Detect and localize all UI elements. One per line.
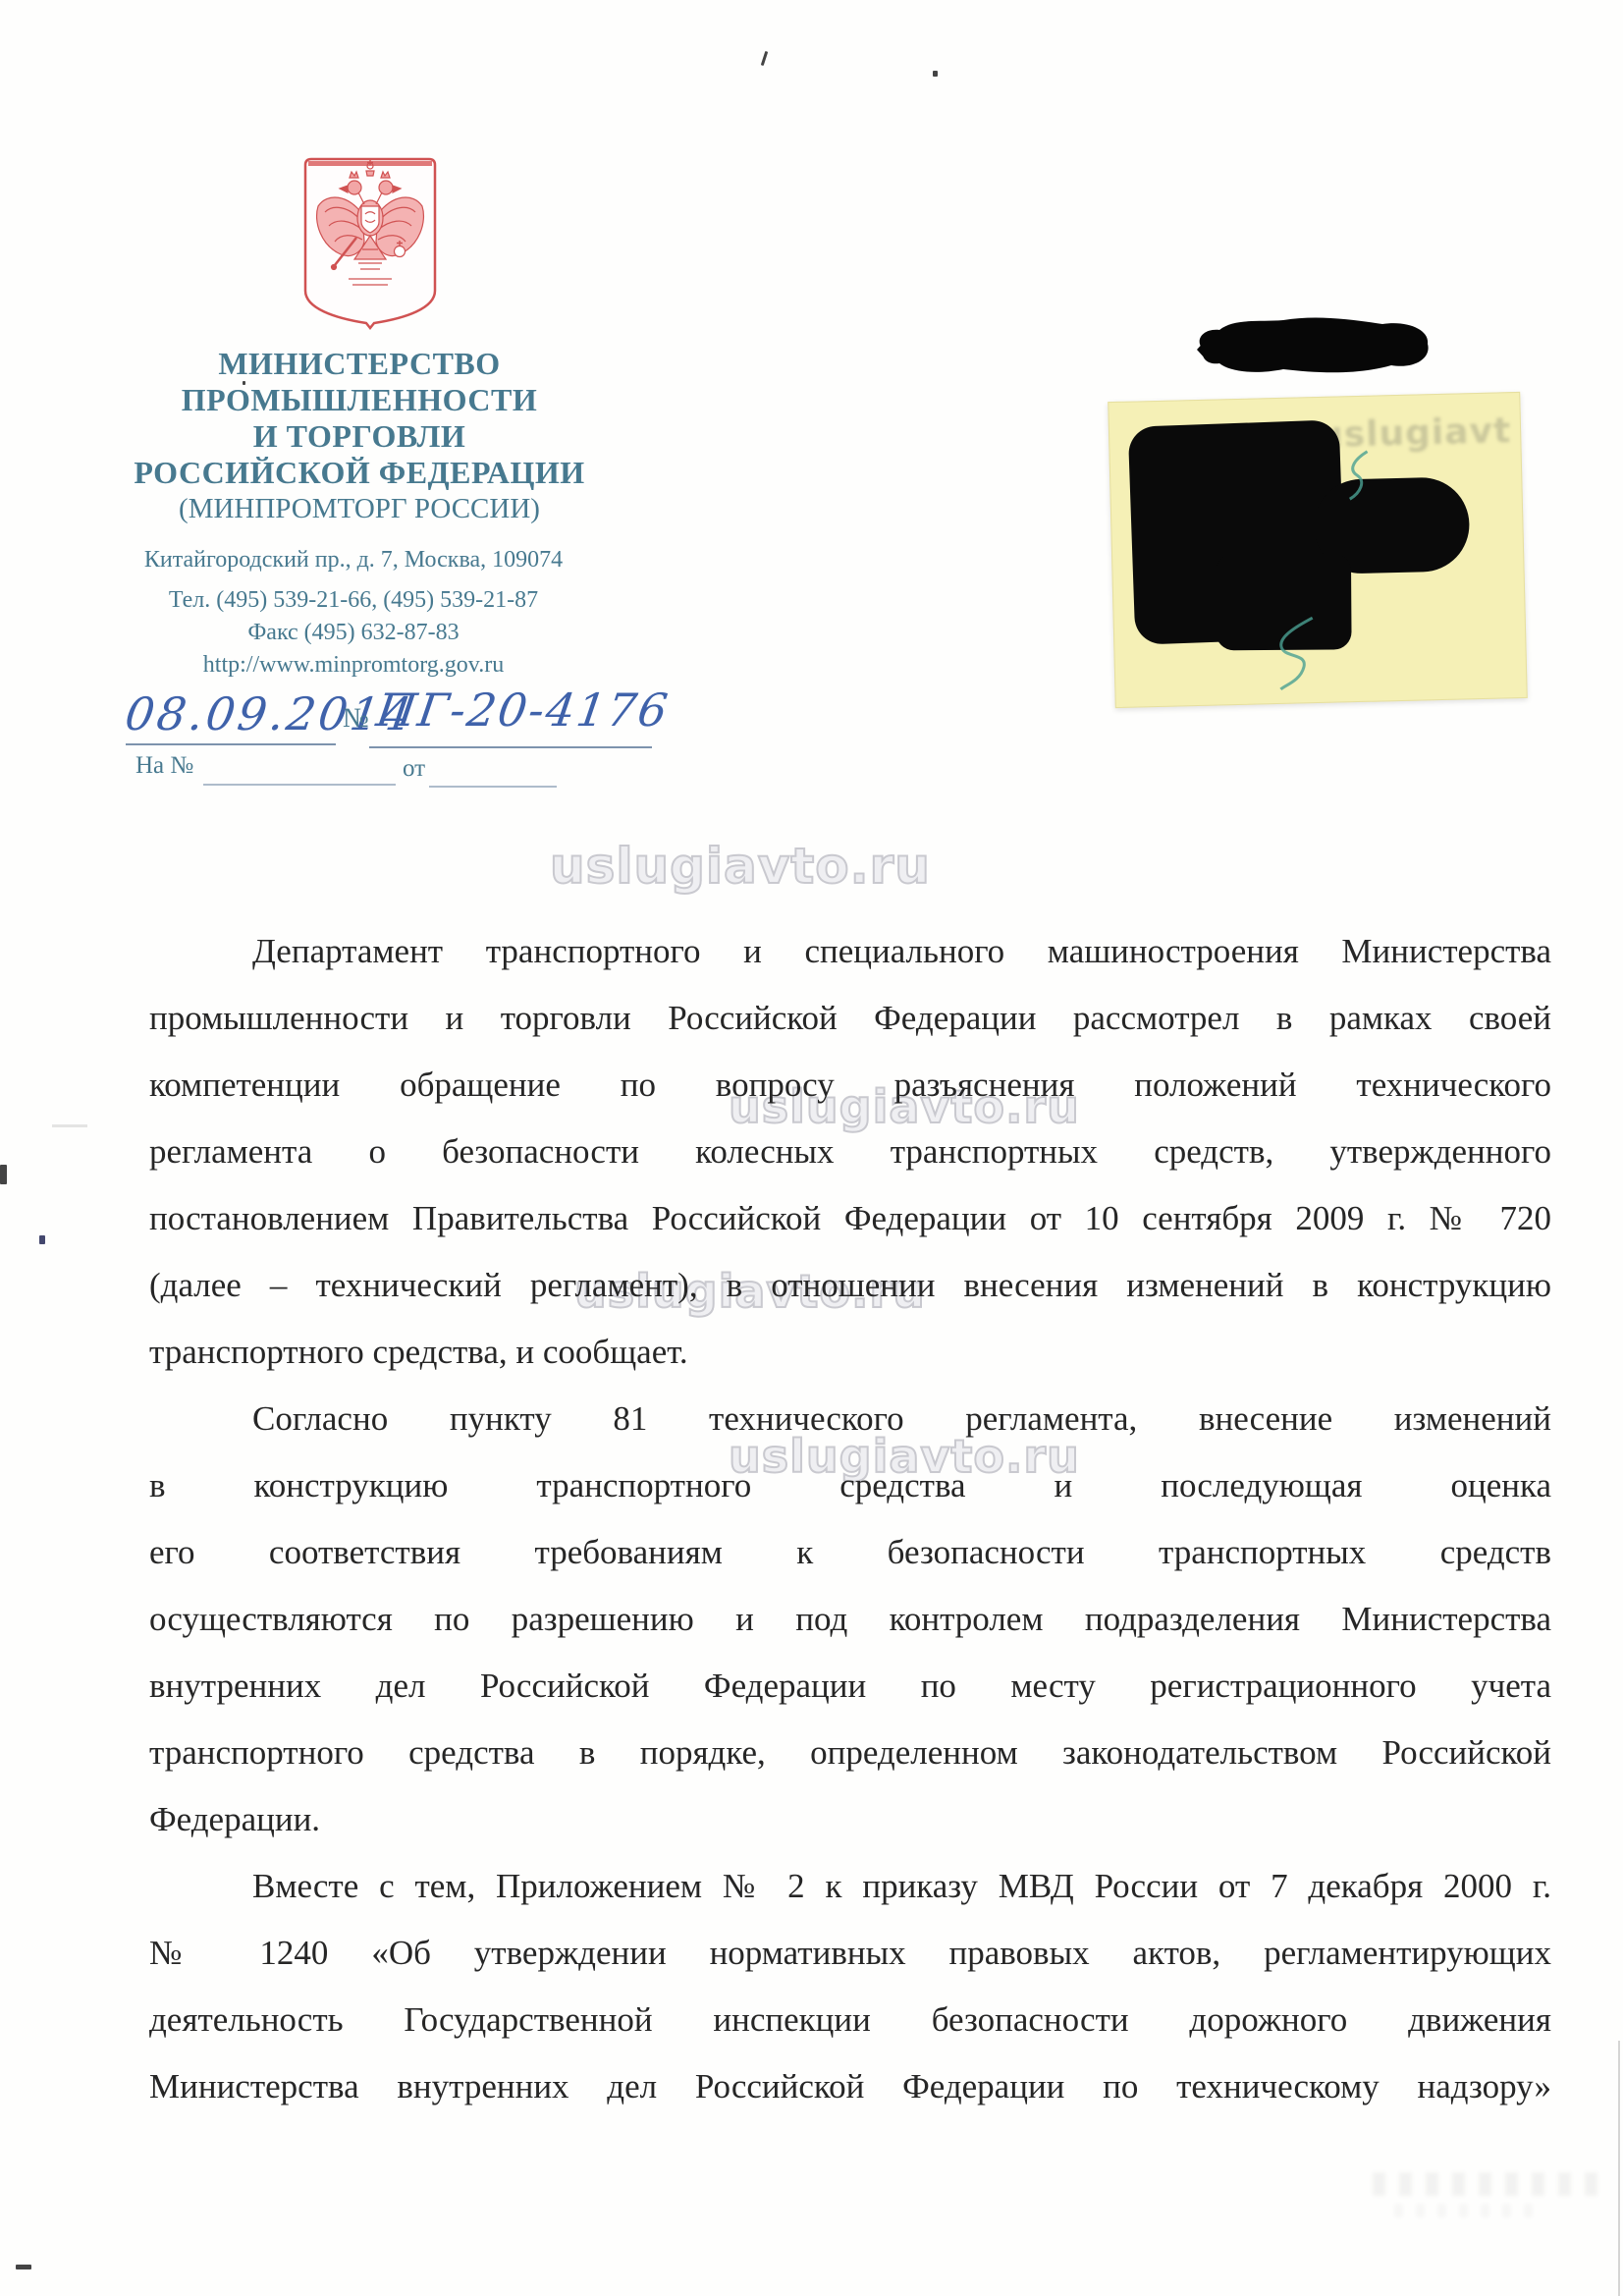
green-ink-squiggle-icon <box>1271 614 1328 693</box>
body-line: транспортного средства в порядке, опреде… <box>149 1720 1551 1786</box>
redaction-bar <box>1190 310 1434 394</box>
ministry-name-line: И ТОРГОВЛИ <box>84 418 634 455</box>
body-line: внутренних дел Российской Федерации по м… <box>149 1653 1551 1720</box>
body-line: Согласно пункту 81 технического регламен… <box>149 1386 1551 1452</box>
scan-speck <box>16 2265 31 2269</box>
address-line: Китайгородский пр., д. 7, Москва, 109074 <box>79 544 628 576</box>
scan-speck <box>933 71 938 77</box>
body-line: его соответствия требованиям к безопасно… <box>149 1519 1551 1586</box>
body-line: (далее – технический регламент), в отнош… <box>149 1252 1551 1319</box>
number-underline <box>369 746 652 748</box>
double-headed-eagle-icon <box>301 155 439 330</box>
scan-artifact-bottom-right <box>1394 2204 1542 2217</box>
letterhead-contacts: Китайгородский пр., д. 7, Москва, 109074… <box>79 544 628 682</box>
scan-speck <box>243 381 245 385</box>
body-line: Вместе с тем, Приложением № 2 к приказу … <box>149 1853 1551 1920</box>
sticky-note: uslugiavto.ru <box>1108 392 1527 708</box>
watermark: uslugiavto.ru <box>550 838 931 895</box>
scan-speck <box>0 1165 7 1184</box>
body-line: № 1240 «Об утверждении нормативных право… <box>149 1920 1551 1987</box>
ministry-name-line: МИНИСТЕРСТВО <box>84 346 634 382</box>
handwritten-outgoing-number: ПГ-20-4176 <box>373 683 673 737</box>
phone-line: Тел. (495) 539-21-66, (495) 539-21-87 <box>79 584 628 617</box>
body-line: Министерства внутренних дел Российской Ф… <box>149 2053 1551 2120</box>
body-line: в конструкцию транспортного средства и п… <box>149 1452 1551 1519</box>
body-line: постановлением Правительства Российской … <box>149 1185 1551 1252</box>
reply-from-label: от <box>403 755 425 783</box>
body-line: деятельность Государственной инспекции б… <box>149 1987 1551 2053</box>
body-line: Федерации. <box>149 1786 1551 1853</box>
letterhead-ministry-name: МИНИСТЕРСТВО ПРОМЫШЛЕННОСТИ И ТОРГОВЛИ Р… <box>84 346 634 527</box>
scanned-letter-page: МИНИСТЕРСТВО ПРОМЫШЛЕННОСТИ И ТОРГОВЛИ Р… <box>0 0 1623 2296</box>
body-line: транспортного средства, и сообщает. <box>149 1319 1551 1386</box>
redaction-blob-icon <box>1190 310 1434 389</box>
body-line: компетенции обращение по вопросу разъясн… <box>149 1052 1551 1119</box>
reply-number-underline <box>203 784 396 786</box>
letter-body: Департамент транспортного и специального… <box>149 918 1551 2120</box>
body-line: Департамент транспортного и специального… <box>149 918 1551 985</box>
ministry-name-line: ПРОМЫШЛЕННОСТИ <box>84 382 634 418</box>
scan-edge-line <box>1618 2041 1620 2296</box>
scan-speck <box>39 1235 45 1244</box>
scan-speck <box>761 51 768 66</box>
number-sign: № <box>343 703 369 735</box>
body-line: осуществляются по разрешению и под контр… <box>149 1586 1551 1653</box>
coat-of-arms <box>301 155 439 330</box>
scan-artifact-bottom-right <box>1373 2172 1598 2196</box>
ministry-name-line: РОССИЙСКОЙ ФЕДЕРАЦИИ <box>84 455 634 491</box>
website-line: http://www.minpromtorg.gov.ru <box>79 649 628 682</box>
scan-smudge <box>52 1124 87 1127</box>
fax-line: Факс (495) 632-87-83 <box>79 617 628 649</box>
body-line: регламента о безопасности колесных транс… <box>149 1119 1551 1185</box>
reply-from-underline <box>429 786 557 788</box>
green-ink-squiggle-icon <box>1344 449 1379 505</box>
body-line: промышленности и торговли Российской Фед… <box>149 985 1551 1052</box>
reply-number-label: На № <box>135 752 193 780</box>
ministry-short-name: (МИНПРОМТОРГ РОССИИ) <box>84 491 634 527</box>
date-underline <box>126 743 336 745</box>
